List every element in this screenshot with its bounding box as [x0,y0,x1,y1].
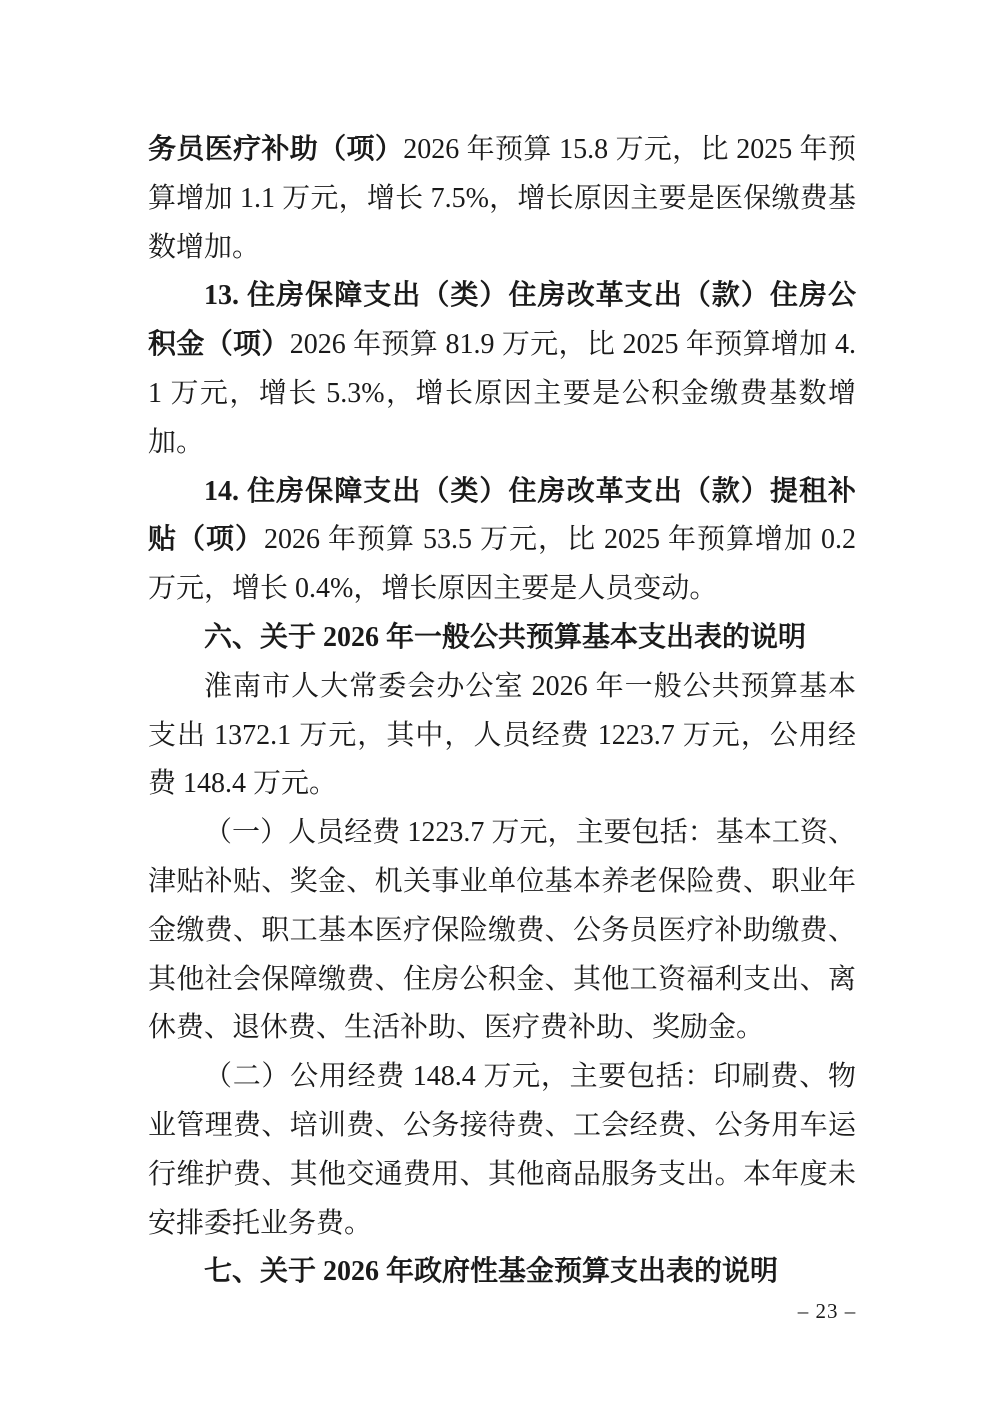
paragraph-basic-expenditure-summary: 淮南市人大常委会办公室 2026 年一般公共预算基本支出 1372.1 万元，其… [148,663,856,809]
paragraph-personnel-expense: （一）人员经费 1223.7 万元，主要包括：基本工资、津贴补贴、奖金、机关事业… [148,809,856,1053]
document-page-text-block: 务员医疗补助（项）2026 年预算 15.8 万元，比 2025 年预算增加 1… [148,126,856,1297]
paragraph-item12-continuation: 务员医疗补助（项）2026 年预算 15.8 万元，比 2025 年预算增加 1… [148,126,856,272]
paragraph-item14: 14. 住房保障支出（类）住房改革支出（款）提租补贴（项）2026 年预算 53… [148,468,856,614]
section6-heading: 六、关于 2026 年一般公共预算基本支出表的说明 [148,614,856,663]
page-number: – 23 – [788,1296,866,1326]
section7-heading: 七、关于 2026 年政府性基金预算支出表的说明 [148,1248,856,1297]
item12-title-bold: 务员医疗补助（项） [148,134,403,165]
paragraph-item13: 13. 住房保障支出（类）住房改革支出（款）住房公积金（项）2026 年预算 8… [148,272,856,467]
paragraph-public-expense: （二）公用经费 148.4 万元，主要包括：印刷费、物业管理费、培训费、公务接待… [148,1053,856,1248]
